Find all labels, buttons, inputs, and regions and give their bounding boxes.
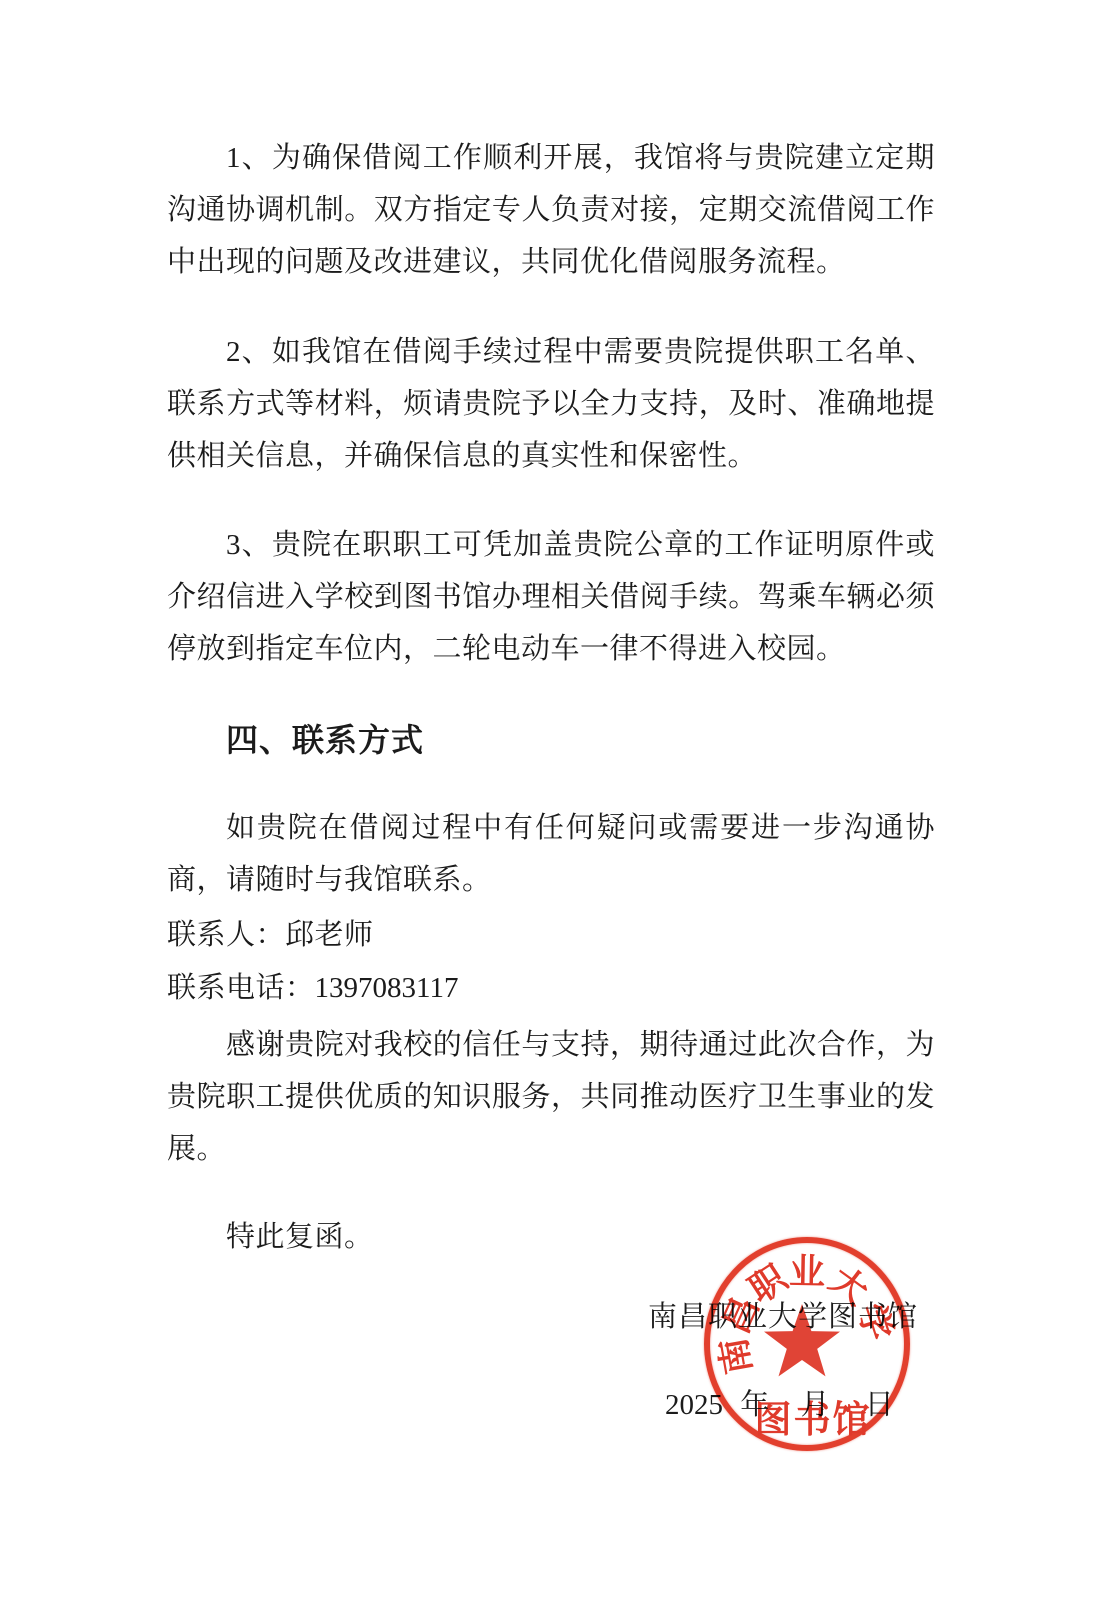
paragraph-3-line-1: 3、贵院在职职工可凭加盖贵院公章的工作证明原件或	[167, 519, 935, 571]
section-heading-contact: 四、联系方式	[167, 714, 994, 766]
paragraph-4-line-2: 商，请随时与我馆联系。	[167, 854, 935, 906]
date-month-unit: 月	[801, 1382, 830, 1423]
paragraph-4-line-1: 如贵院在借阅过程中有任何疑问或需要进一步沟通协	[167, 802, 935, 854]
paragraph-5: 感谢贵院对我校的信任与支持，期待通过此次合作，为 贵院职工提供优质的知识服务，共…	[167, 1019, 935, 1175]
date-day-unit: 日	[865, 1382, 894, 1423]
scanned-letter-page: 1、为确保借阅工作顺利开展，我馆将与贵院建立定期 沟通协调机制。双方指定专人负责…	[0, 0, 1118, 1600]
paragraph-1: 1、为确保借阅工作顺利开展，我馆将与贵院建立定期 沟通协调机制。双方指定专人负责…	[167, 132, 935, 288]
date-line: 2025 年 月 日	[665, 1382, 894, 1423]
date-year-unit: 年	[740, 1382, 769, 1423]
paragraph-2-line-3: 供相关信息，并确保信息的真实性和保密性。	[167, 430, 935, 482]
closing-phrase: 特此复函。	[167, 1211, 994, 1263]
paragraph-1-line-3: 中出现的问题及改进建议，共同优化借阅服务流程。	[167, 236, 935, 288]
paragraph-1-line-1: 1、为确保借阅工作顺利开展，我馆将与贵院建立定期	[167, 132, 935, 184]
contact-phone-label: 联系电话：	[167, 972, 315, 1004]
paragraph-3: 3、贵院在职职工可凭加盖贵院公章的工作证明原件或 介绍信进入学校到图书馆办理相关…	[167, 519, 935, 675]
paragraph-1-line-2: 沟通协调机制。双方指定专人负责对接，定期交流借阅工作	[167, 184, 935, 236]
paragraph-3-line-2: 介绍信进入学校到图书馆办理相关借阅手续。驾乘车辆必须	[167, 571, 935, 623]
paragraph-2-line-1: 2、如我馆在借阅手续过程中需要贵院提供职工名单、	[167, 326, 935, 378]
seal-arc-char-1: 南	[714, 1334, 758, 1378]
paragraph-5-line-2: 贵院职工提供优质的知识服务，共同推动医疗卫生事业的发	[167, 1071, 935, 1123]
paragraph-4: 如贵院在借阅过程中有任何疑问或需要进一步沟通协 商，请随时与我馆联系。	[167, 802, 935, 906]
date-year: 2025	[665, 1389, 723, 1422]
paragraph-3-line-3: 停放到指定车位内，二轮电动车一律不得进入校园。	[167, 623, 935, 675]
paragraph-5-line-3: 展。	[167, 1123, 935, 1175]
contact-phone-line: 联系电话：1397083117	[167, 962, 935, 1014]
signature-organization: 南昌职业大学图书馆	[648, 1294, 918, 1335]
paragraph-5-line-1: 感谢贵院对我校的信任与支持，期待通过此次合作，为	[167, 1019, 935, 1071]
contact-person-line: 联系人：邱老师	[167, 909, 935, 961]
contact-phone-number: 1397083117	[315, 972, 459, 1004]
paragraph-2: 2、如我馆在借阅手续过程中需要贵院提供职工名单、 联系方式等材料，烦请贵院予以全…	[167, 326, 935, 482]
paragraph-2-line-2: 联系方式等材料，烦请贵院予以全力支持，及时、准确地提	[167, 378, 935, 430]
